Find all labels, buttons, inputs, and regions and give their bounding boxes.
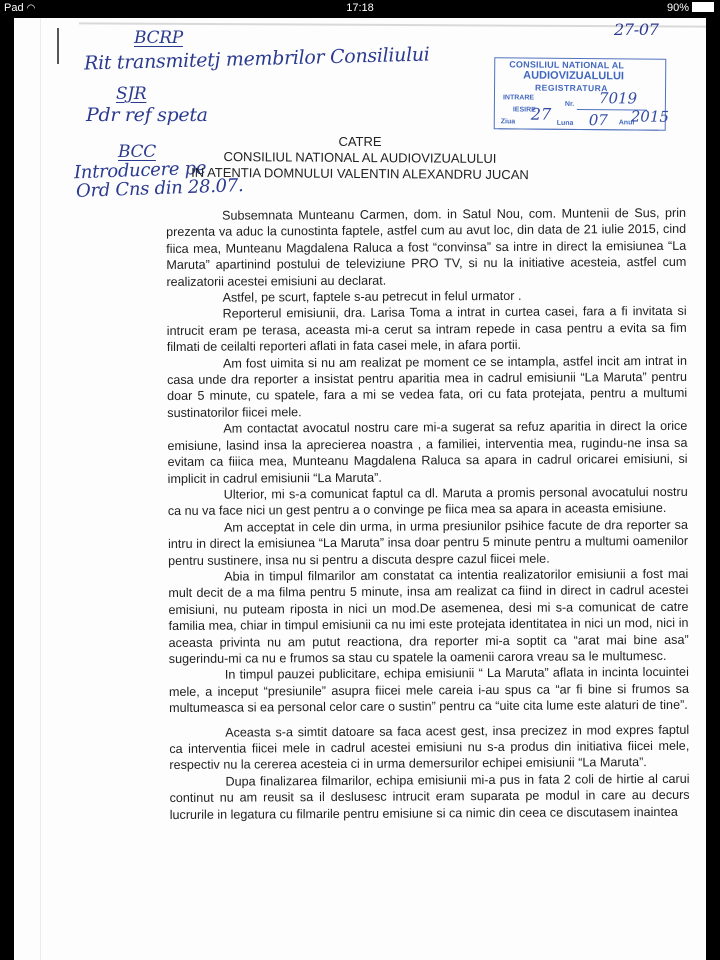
paragraph-9: In timpul pauzei publicitare, echipa emi… bbox=[169, 664, 689, 716]
paragraph-7: Am acceptat in cele din urma, in urma pr… bbox=[168, 517, 688, 569]
status-bar: Pad◠ 17:18 90% bbox=[0, 0, 720, 18]
margin-mark bbox=[57, 28, 59, 64]
stamp-ziua-value: 27 bbox=[531, 105, 552, 124]
paragraph-11: Dupa finalizarea filmarilor, echipa emis… bbox=[169, 771, 689, 823]
handwritten-note-1-heading: BCRP bbox=[134, 28, 183, 48]
paragraph-1: Subsemnata Munteanu Carmen, dom. in Satu… bbox=[166, 205, 686, 290]
handwritten-date: 27-07 bbox=[614, 20, 659, 39]
registration-stamp: CONSILIUL NATIONAL AL AUDIOVIZUALULUI RE… bbox=[494, 57, 667, 130]
paragraph-3: Reporterul emisiunii, dra. Larisa Toma a… bbox=[167, 303, 687, 355]
stamp-anul-value: 2015 bbox=[631, 107, 669, 125]
clock: 17:18 bbox=[0, 2, 720, 14]
stamp-nr-value: 7019 bbox=[599, 89, 637, 107]
paragraph-6: Ulterior, mi s-a comunicat faptul ca dl.… bbox=[168, 484, 688, 520]
stamp-line-3: REGISTRATURA bbox=[535, 83, 608, 94]
handwritten-note-2-heading: SJR bbox=[116, 84, 146, 104]
battery-indicator: 90% bbox=[667, 2, 714, 14]
stamp-luna-label: Luna bbox=[557, 120, 574, 127]
stamp-nr-label: Nr. bbox=[565, 101, 574, 108]
letter-body: Subsemnata Munteanu Carmen, dom. in Satu… bbox=[166, 205, 690, 823]
stamp-line-2: AUDIOVIZUALULUI bbox=[523, 70, 624, 83]
document-page[interactable]: 27-07 BCRP Rit transmitetj membrilor Con… bbox=[14, 18, 706, 960]
paragraph-8: Abia in timpul filmarilor am constatat c… bbox=[168, 566, 689, 668]
stamp-luna-value: 07 bbox=[589, 111, 608, 129]
paragraph-5: Am contactat avocatul nostru care mi-a s… bbox=[167, 418, 687, 487]
stamp-intrare-label: INTRARE bbox=[503, 94, 534, 101]
letter-to: CATRE bbox=[14, 134, 706, 149]
battery-percent: 90% bbox=[667, 2, 689, 14]
scan-edge-line bbox=[79, 22, 706, 27]
handwritten-note-1-text: Rit transmitetj membrilor Consiliului bbox=[84, 43, 430, 74]
paragraph-4: Am fost uimita si nu am realizat pe mome… bbox=[167, 352, 687, 421]
handwritten-note-2-text: Pdr ref speta bbox=[86, 104, 208, 126]
stamp-ziua-label: Ziua bbox=[501, 118, 515, 125]
battery-icon bbox=[692, 2, 714, 12]
stamp-date-line bbox=[499, 128, 659, 130]
paragraph-10: Aceasta s-a simtit datoare sa faca acest… bbox=[169, 721, 689, 773]
